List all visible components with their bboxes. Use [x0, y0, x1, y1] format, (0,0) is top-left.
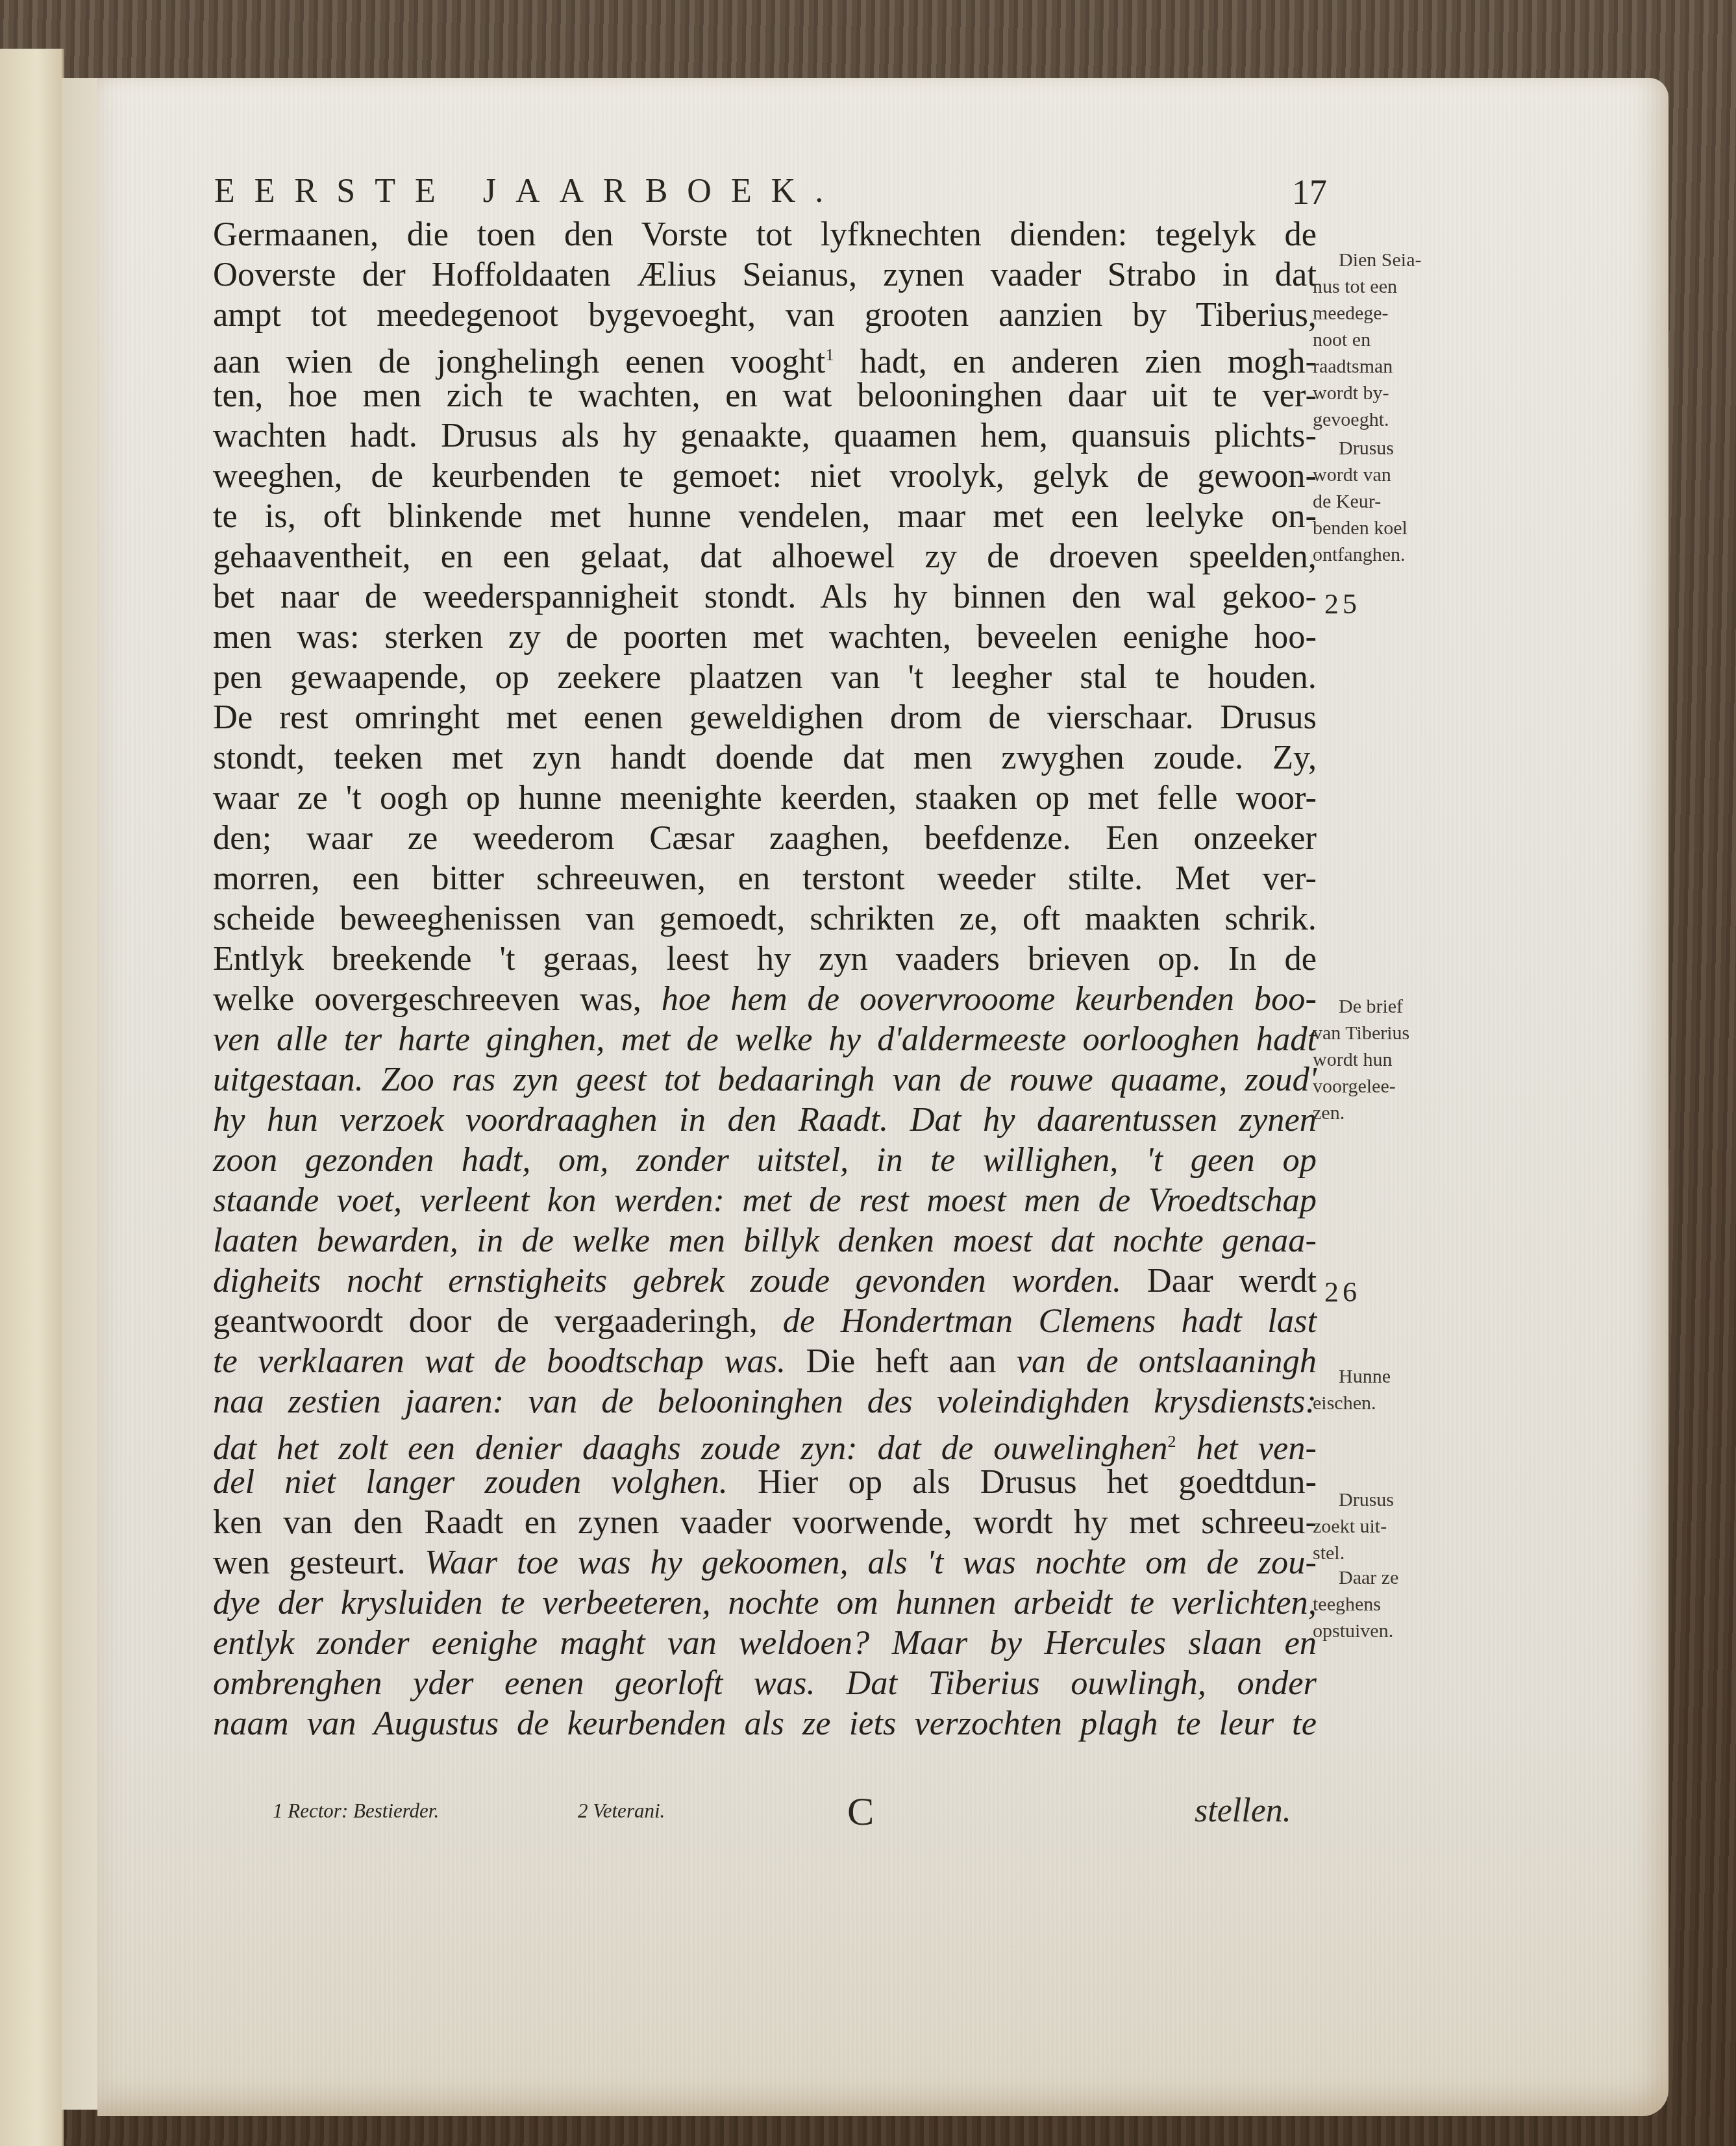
- roman-segment: geantwoordt door de vergaaderingh,: [213, 1302, 783, 1340]
- roman-segment: Die heft aan: [806, 1342, 1017, 1380]
- roman-segment: ken van den Raadt en zynen vaader voorwe…: [213, 1503, 1317, 1541]
- margin-note-line: opstuiven.: [1313, 1618, 1456, 1644]
- text-line: ombrenghen yder eenen georloft was. Dat …: [213, 1663, 1317, 1703]
- italic-segment: te verklaaren wat de boodtschap was.: [213, 1342, 806, 1380]
- roman-segment: bet naar de weederspannigheit stondt. Al…: [213, 578, 1317, 615]
- text-line: te is, oft blinkende met hunne vendelen,…: [213, 496, 1317, 536]
- signature-mark: C: [847, 1789, 874, 1835]
- text-line: aan wien de jonghelingh eenen vooght1 ha…: [213, 335, 1317, 375]
- text-line: den; waar ze weederom Cæsar zaaghen, bee…: [213, 818, 1317, 858]
- roman-segment: hadt, en anderen zien mogh-: [834, 343, 1317, 380]
- catchword: stellen.: [1195, 1792, 1291, 1830]
- text-line: dat het zolt een denier daaghs zoude zyn…: [213, 1422, 1317, 1462]
- text-line: bet naar de weederspannigheit stondt. Al…: [213, 576, 1317, 617]
- roman-segment: morren, een bitter schreeuwen, en tersto…: [213, 859, 1317, 897]
- italic-segment: del niet langer zouden volghen.: [213, 1463, 758, 1501]
- text-line: morren, een bitter schreeuwen, en tersto…: [213, 858, 1317, 898]
- footnote-marker: 1: [825, 345, 834, 364]
- roman-segment: scheide beweeghenissen van gemoedt, schr…: [213, 900, 1317, 937]
- text-line: uitgestaan. Zoo ras zyn geest tot bedaar…: [213, 1059, 1317, 1100]
- margin-note: De briefvan Tiberiuswordt hunvoorgelee-z…: [1313, 993, 1456, 1126]
- italic-segment: staande voet, verleent kon werden: met d…: [213, 1181, 1317, 1219]
- margin-note-line: wordt by-: [1313, 380, 1456, 406]
- margin-note-line: Dien Seia-: [1313, 247, 1456, 273]
- text-line: del niet langer zouden volghen. Hier op …: [213, 1462, 1317, 1502]
- margin-note-line: zoekt uit-: [1313, 1513, 1456, 1540]
- margin-note-line: Daar ze: [1313, 1564, 1456, 1591]
- page-number: 17: [1292, 172, 1327, 212]
- margin-note-line: teeghens: [1313, 1591, 1456, 1618]
- text-line: Entlyk breekende 't geraas, leest hy zyn…: [213, 939, 1317, 979]
- italic-segment: dat het zolt een denier daaghs zoude zyn…: [213, 1429, 1168, 1467]
- text-line: dye der krysluiden te verbeeteren, nocht…: [213, 1583, 1317, 1623]
- roman-segment: welke oovergeschreeven was,: [213, 980, 662, 1018]
- margin-note-line: Hunne: [1313, 1363, 1456, 1390]
- italic-segment: ombrenghen yder eenen georloft was. Dat …: [213, 1664, 1317, 1702]
- roman-segment: te is, oft blinkende met hunne vendelen,…: [213, 497, 1317, 535]
- margin-note-line: voorgelee-: [1313, 1073, 1456, 1100]
- text-line: wen gesteurt. Waar toe was hy gekoomen, …: [213, 1542, 1317, 1583]
- italic-segment: van de ontslaaningh: [1017, 1342, 1317, 1380]
- roman-segment: wachten hadt. Drusus als hy genaakte, qu…: [213, 417, 1317, 454]
- italic-segment: het ven-: [1176, 1429, 1317, 1467]
- italic-segment: de Hondertman Clemens hadt last: [783, 1302, 1317, 1340]
- italic-segment: naa zestien jaaren: van de belooninghen …: [213, 1383, 1317, 1420]
- margin-note-line: zen.: [1313, 1100, 1456, 1126]
- footnote-2: 2 Veterani.: [578, 1799, 665, 1823]
- margin-note-line: ontfanghen.: [1313, 541, 1456, 568]
- italic-segment: Waar toe was hy gekoomen, als 't was noc…: [425, 1544, 1317, 1581]
- margin-note-line: Drusus: [1313, 435, 1456, 462]
- running-title: EERSTE JAARBOEK.: [214, 172, 843, 210]
- text-line: entlyk zonder eenighe maght van weldoen?…: [213, 1623, 1317, 1663]
- margin-note-line: nus tot een: [1313, 273, 1456, 300]
- italic-segment: zoon gezonden hadt, om, zonder uitstel, …: [213, 1141, 1317, 1179]
- margin-note-line: de Keur-: [1313, 488, 1456, 515]
- italic-segment: naam van Augustus de keurbenden als ze i…: [213, 1705, 1317, 1742]
- margin-note-line: raadtsman: [1313, 353, 1456, 380]
- italic-segment: dye der krysluiden te verbeeteren, nocht…: [213, 1584, 1317, 1622]
- text-line: ven alle ter harte ginghen, met de welke…: [213, 1019, 1317, 1059]
- margin-note-line: wordt van: [1313, 462, 1456, 488]
- text-line: naa zestien jaaren: van de belooninghen …: [213, 1381, 1317, 1422]
- roman-segment: den; waar ze weederom Cæsar zaaghen, bee…: [213, 819, 1317, 857]
- margin-note: Daar zeteeghensopstuiven.: [1313, 1564, 1456, 1644]
- text-line: gehaaventheit, en een gelaat, dat alhoew…: [213, 536, 1317, 576]
- text-line: te verklaaren wat de boodtschap was. Die…: [213, 1341, 1317, 1381]
- margin-note-line: noot en: [1313, 327, 1456, 353]
- text-line: pen gewaapende, op zeekere plaatzen van …: [213, 657, 1317, 697]
- italic-segment: digheits nocht ernstigheits gebrek zoude…: [213, 1262, 1147, 1300]
- roman-segment: ampt tot meedegenoot bygevoeght, van gro…: [213, 296, 1317, 334]
- roman-segment: Entlyk breekende 't geraas, leest hy zyn…: [213, 940, 1317, 978]
- text-line: zoon gezonden hadt, om, zonder uitstel, …: [213, 1140, 1317, 1180]
- roman-segment: stondt, teeken met zyn handt doende dat …: [213, 739, 1317, 776]
- roman-segment: gehaaventheit, en een gelaat, dat alhoew…: [213, 537, 1317, 575]
- text-line: weeghen, de keurbenden te gemoet: niet v…: [213, 456, 1317, 496]
- text-line: waar ze 't oogh op hunne meenighte keerd…: [213, 778, 1317, 818]
- text-line: geantwoordt door de vergaaderingh, de Ho…: [213, 1301, 1317, 1341]
- text-line: stondt, teeken met zyn handt doende dat …: [213, 737, 1317, 778]
- margin-note: Drususzoekt uit-stel.: [1313, 1486, 1456, 1566]
- text-line: welke oovergeschreeven was, hoe hem de o…: [213, 979, 1317, 1019]
- text-line: ken van den Raadt en zynen vaader voorwe…: [213, 1502, 1317, 1542]
- italic-segment: hoe hem de oovervrooome keurbenden boo-: [662, 980, 1317, 1018]
- roman-segment: aan wien de jonghelingh eenen vooght: [213, 343, 825, 380]
- margin-note-line: Drusus: [1313, 1486, 1456, 1513]
- running-head: EERSTE JAARBOEK. 17: [0, 172, 1736, 217]
- margin-note-line: benden koel: [1313, 515, 1456, 541]
- roman-segment: Daar werdt: [1147, 1262, 1317, 1300]
- margin-note-line: van Tiberius: [1313, 1020, 1456, 1046]
- margin-note: Drususwordt vande Keur-benden koelontfan…: [1313, 435, 1456, 568]
- roman-segment: Ooverste der Hoffoldaaten Ælius Seianus,…: [213, 256, 1317, 293]
- margin-note-line: stel.: [1313, 1540, 1456, 1566]
- text-line: ten, hoe men zich te wachten, en wat bel…: [213, 375, 1317, 415]
- page-footer: 1 Rector: Bestierder. 2 Veterani. C stel…: [0, 1792, 1736, 1844]
- text-line: ampt tot meedegenoot bygevoeght, van gro…: [213, 295, 1317, 335]
- text-line: scheide beweeghenissen van gemoedt, schr…: [213, 898, 1317, 939]
- text-line: Ooverste der Hoffoldaaten Ælius Seianus,…: [213, 254, 1317, 295]
- text-line: De rest omringht met eenen geweldighen d…: [213, 697, 1317, 737]
- roman-segment: Germaanen, die toen den Vorste tot lyfkn…: [213, 216, 1317, 253]
- section-number: 25: [1324, 587, 1361, 621]
- text-line: laaten bewarden, in de welke men billyk …: [213, 1220, 1317, 1261]
- text-line: wachten hadt. Drusus als hy genaakte, qu…: [213, 415, 1317, 456]
- roman-segment: De rest omringht met eenen geweldighen d…: [213, 698, 1317, 736]
- italic-segment: entlyk zonder eenighe maght van weldoen?…: [213, 1624, 1317, 1662]
- text-line: digheits nocht ernstigheits gebrek zoude…: [213, 1261, 1317, 1301]
- margin-note-line: wordt hun: [1313, 1046, 1456, 1073]
- italic-segment: hy hun verzoek voordraaghen in den Raadt…: [213, 1101, 1317, 1139]
- roman-segment: pen gewaapende, op zeekere plaatzen van …: [213, 658, 1317, 696]
- italic-segment: laaten bewarden, in de welke men billyk …: [213, 1222, 1317, 1259]
- footnote-marker: 2: [1168, 1432, 1176, 1451]
- roman-segment: weeghen, de keurbenden te gemoet: niet v…: [213, 457, 1317, 495]
- roman-segment: ten, hoe men zich te wachten, en wat bel…: [213, 376, 1317, 414]
- margin-note-line: eischen.: [1313, 1390, 1456, 1416]
- margin-note: Dien Seia-nus tot eenmeedege-noot enraad…: [1313, 247, 1456, 433]
- roman-segment: wen gesteurt.: [213, 1544, 425, 1581]
- italic-segment: uitgestaan. Zoo ras zyn geest tot bedaar…: [213, 1061, 1317, 1098]
- roman-segment: men was: sterken zy de poorten met wacht…: [213, 618, 1317, 656]
- text-line: staande voet, verleent kon werden: met d…: [213, 1180, 1317, 1220]
- margin-note-line: meedege-: [1313, 300, 1456, 327]
- roman-segment: waar ze 't oogh op hunne meenighte keerd…: [213, 779, 1317, 817]
- text-line: men was: sterken zy de poorten met wacht…: [213, 617, 1317, 657]
- margin-note-line: gevoeght.: [1313, 406, 1456, 433]
- text-line: Germaanen, die toen den Vorste tot lyfkn…: [213, 214, 1317, 254]
- text-line: hy hun verzoek voordraaghen in den Raadt…: [213, 1100, 1317, 1140]
- margin-note-line: De brief: [1313, 993, 1456, 1020]
- italic-segment: ven alle ter harte ginghen, met de welke…: [213, 1020, 1317, 1058]
- body-text: Germaanen, die toen den Vorste tot lyfkn…: [213, 214, 1317, 1744]
- footnote-1: 1 Rector: Bestierder.: [273, 1799, 439, 1823]
- section-number: 26: [1324, 1276, 1361, 1309]
- roman-segment: Hier op als Drusus het goedtdun-: [758, 1463, 1317, 1501]
- margin-note: Hunneeischen.: [1313, 1363, 1456, 1416]
- text-line: naam van Augustus de keurbenden als ze i…: [213, 1703, 1317, 1744]
